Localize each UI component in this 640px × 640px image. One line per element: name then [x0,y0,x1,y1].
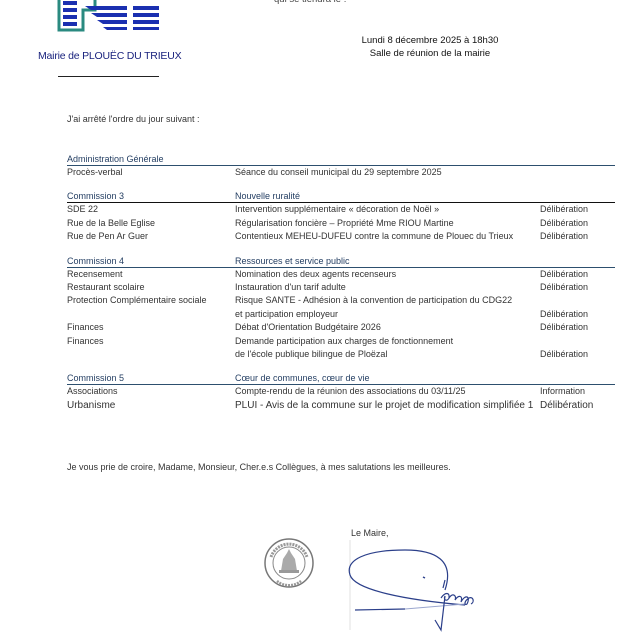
mairie-name: Mairie de PLOUËC DU TRIEUX [38,50,181,62]
agenda-type: Délibération [540,281,615,294]
agenda-row: AssociationsCompte-rendu de la réunion d… [67,385,615,398]
closing-text: Je vous prie de croire, Madame, Monsieur… [67,462,451,472]
agenda-description: Nomination des deux agents recenseurs [235,268,540,281]
agenda-topic: Restaurant scolaire [67,281,235,294]
agenda-description: Contentieux MEHEU-DUFEU contre la commun… [235,230,540,243]
town-logo-icon [55,0,163,32]
agenda-topic: Recensement [67,268,235,281]
agenda-type: Délibération [540,321,615,334]
description-line: Contentieux MEHEU-DUFEU contre la commun… [235,230,540,243]
commission-name: Commission 3 [67,190,235,202]
agenda-topic: Procès-verbal [67,166,235,179]
agenda-type: Délibération [540,268,615,281]
agenda-row: Restaurant scolaireInstauration d'un tar… [67,281,615,294]
commission-theme: Cœur de communes, cœur de vie [235,372,540,384]
agenda-topic: Finances [67,321,235,334]
section-header: Commission 3Nouvelle ruralité [67,190,615,203]
agenda-table: Administration GénéraleProcès-verbalSéan… [67,153,615,423]
agenda-description: Régularisation foncière – Propriété Mme … [235,217,540,230]
intro-fragment: qui se tiendra le : [274,0,346,5]
agenda-topic: SDE 22 [67,203,235,216]
agenda-type: Délibération [540,348,615,361]
agenda-section: Administration GénéraleProcès-verbalSéan… [67,153,615,179]
section-header: Administration Générale [67,153,615,166]
agenda-section: Commission 3Nouvelle ruralitéSDE 22Inter… [67,190,615,243]
agenda-topic: Rue de la Belle Eglise [67,217,235,230]
agenda-description: Débat d'Orientation Budgétaire 2026 [235,321,540,334]
description-line: Compte-rendu de la réunion des associati… [235,385,540,398]
agenda-description: Séance du conseil municipal du 29 septem… [235,166,540,179]
commission-theme: Ressources et service public [235,255,540,267]
official-stamp-icon [263,537,315,589]
agenda-description: Compte-rendu de la réunion des associati… [235,385,540,398]
description-line: Régularisation foncière – Propriété Mme … [235,217,540,230]
description-line: de l'école publique bilingue de Ploëzal [235,348,540,361]
agenda-row: Procès-verbalSéance du conseil municipal… [67,166,615,179]
description-line: PLUI - Avis de la commune sur le projet … [235,399,540,412]
handwritten-signature-icon [345,540,505,635]
commission-theme [235,153,540,165]
agenda-type: Information [540,385,615,398]
agenda-row: Rue de la Belle EgliseRégularisation fon… [67,217,615,230]
agenda-row: FinancesDébat d'Orientation Budgétaire 2… [67,321,615,334]
agenda-topic: Finances [67,335,235,362]
description-line: Séance du conseil municipal du 29 septem… [235,166,540,179]
agenda-type: Délibération [540,308,615,321]
description-line: Nomination des deux agents recenseurs [235,268,540,281]
section-header: Commission 5Cœur de communes, cœur de vi… [67,372,615,385]
agenda-description: PLUI - Avis de la commune sur le projet … [235,399,540,412]
agenda-topic: Rue de Pen Ar Guer [67,230,235,243]
agenda-type: Délibération [540,203,615,216]
commission-name: Administration Générale [67,153,235,165]
agenda-row: Protection Complémentaire socialeRisque … [67,294,615,321]
agenda-row: Rue de Pen Ar GuerContentieux MEHEU-DUFE… [67,230,615,243]
agenda-description: Demande participation aux charges de fon… [235,335,540,362]
description-line: Débat d'Orientation Budgétaire 2026 [235,321,540,334]
mayor-title: Le Maire, [351,528,389,538]
divider [58,76,159,77]
agenda-description: Risque SANTE - Adhésion à la convention … [235,294,540,321]
description-line: Demande participation aux charges de fon… [235,335,540,348]
agenda-topic: Urbanisme [67,399,235,412]
agenda-description: Instauration d'un tarif adulte [235,281,540,294]
agenda-type: Délibération [540,217,615,230]
meeting-place: Salle de réunion de la mairie [300,48,560,59]
section-header: Commission 4Ressources et service public [67,255,615,268]
description-line: Risque SANTE - Adhésion à la convention … [235,294,540,307]
description-line: Intervention supplémentaire « décoration… [235,203,540,216]
agenda-type: Délibération [540,399,615,412]
agenda-row: FinancesDemande participation aux charge… [67,335,615,362]
commission-theme: Nouvelle ruralité [235,190,540,202]
agenda-row: SDE 22Intervention supplémentaire « déco… [67,203,615,216]
agenda-topic: Associations [67,385,235,398]
description-line: et participation employeur [235,308,540,321]
commission-name: Commission 5 [67,372,235,384]
agenda-section: Commission 5Cœur de communes, cœur de vi… [67,372,615,412]
agenda-type: Délibération [540,230,615,243]
agenda-row: UrbanismePLUI - Avis de la commune sur l… [67,399,615,412]
order-intro: J'ai arrêté l'ordre du jour suivant : [67,114,200,124]
agenda-description: Intervention supplémentaire « décoration… [235,203,540,216]
meeting-date: Lundi 8 décembre 2025 à 18h30 [300,35,560,46]
description-line: Instauration d'un tarif adulte [235,281,540,294]
agenda-topic: Protection Complémentaire sociale [67,294,235,321]
agenda-row: RecensementNomination des deux agents re… [67,268,615,281]
commission-name: Commission 4 [67,255,235,267]
agenda-section: Commission 4Ressources et service public… [67,255,615,362]
